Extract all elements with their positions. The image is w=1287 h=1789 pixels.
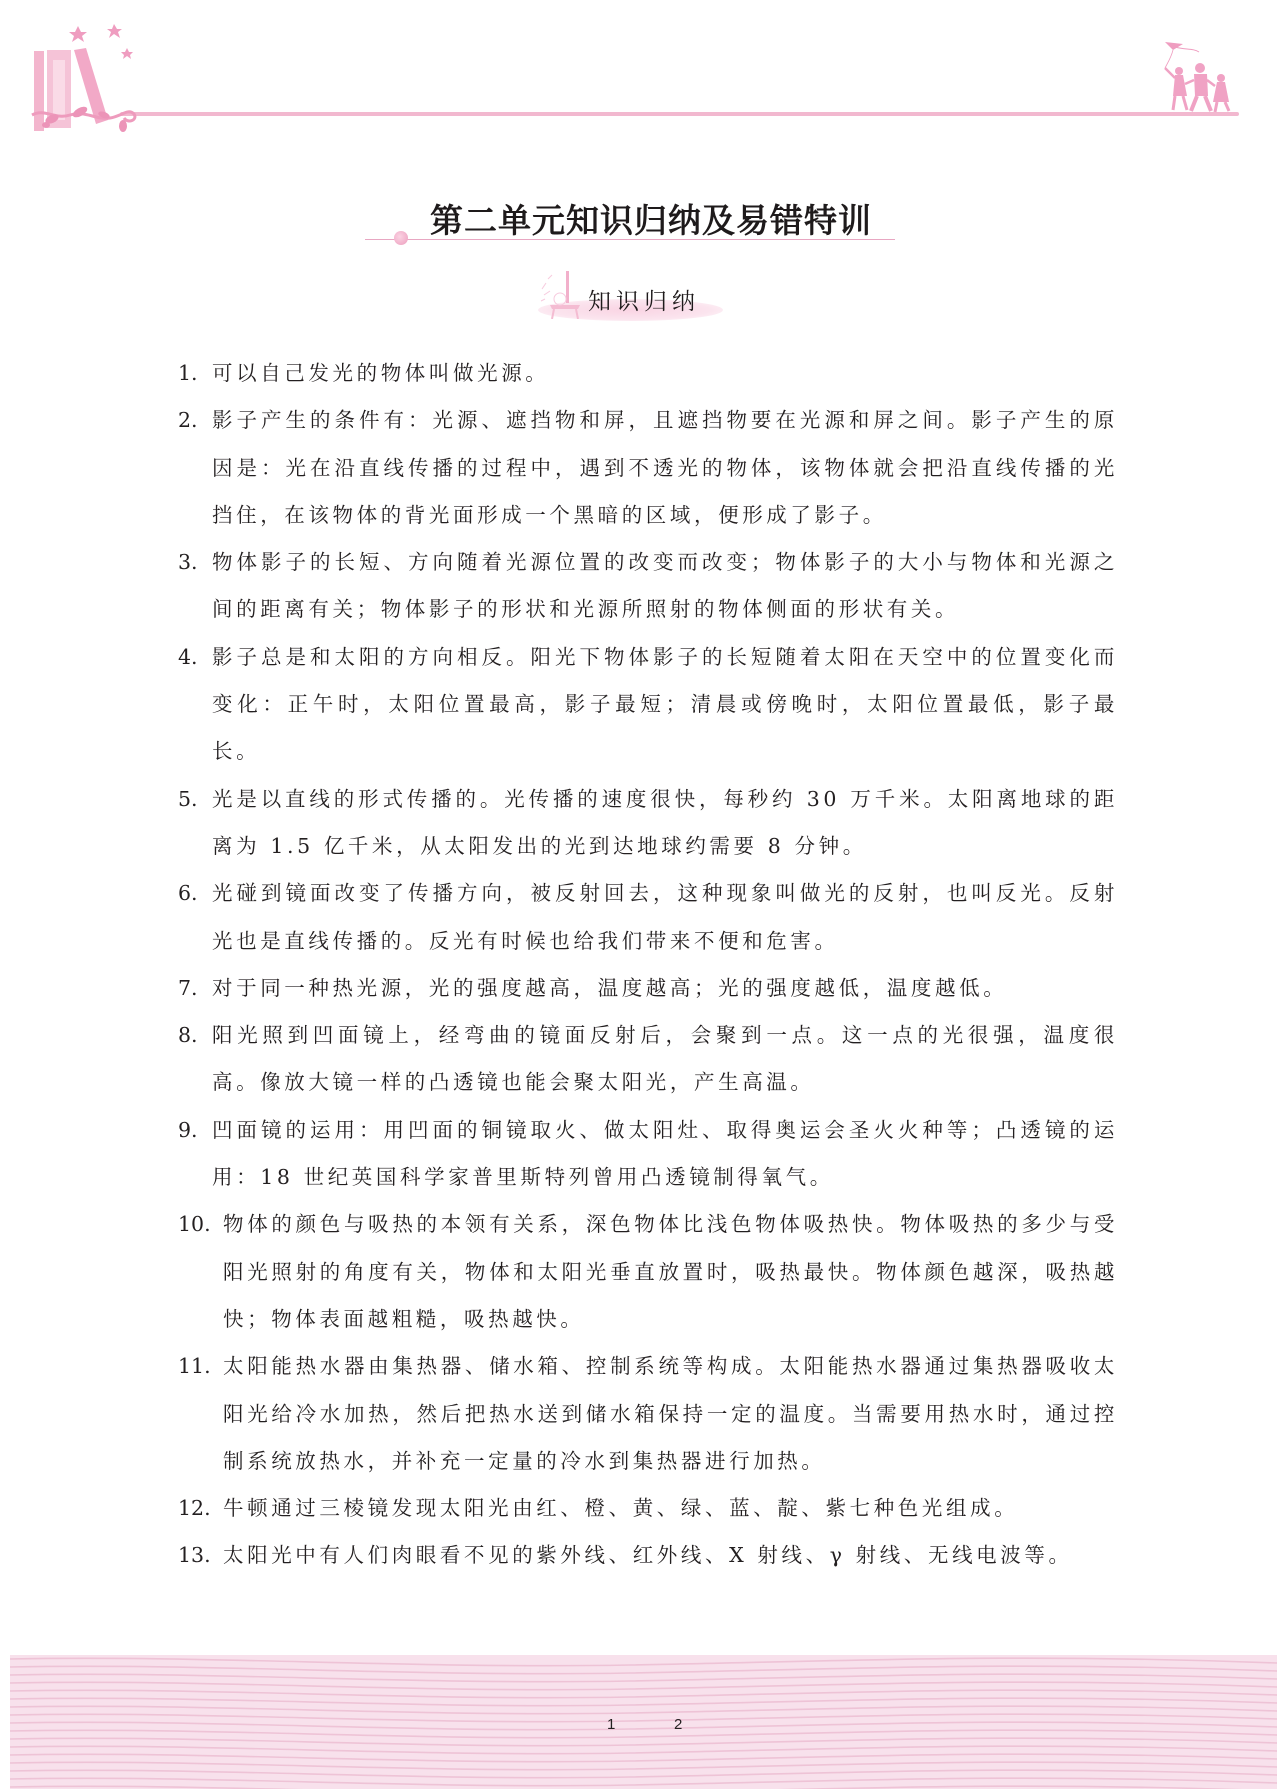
item-number: 5. [178, 776, 198, 823]
desk-lamp-illustration-icon [540, 269, 590, 319]
list-item: 10.物体的颜色与吸热的本领有关系，深色物体比浅色物体吸热快。物体吸热的多少与受… [178, 1201, 1118, 1343]
list-item: 13.太阳光中有人们肉眼看不见的紫外线、红外线、X 射线、γ 射线、无线电波等。 [178, 1532, 1118, 1579]
item-text: 影子总是和太阳的方向相反。阳光下物体影子的长短随着太阳在天空中的位置变化而变化：… [212, 634, 1118, 776]
children-kite-icon [1155, 38, 1250, 118]
list-item: 1.可以自己发光的物体叫做光源。 [178, 350, 1118, 397]
item-number: 9. [178, 1107, 198, 1154]
list-item: 2.影子产生的条件有：光源、遮挡物和屏，且遮挡物要在光源和屏之间。影子产生的原因… [178, 397, 1118, 539]
section-heading-block: 知识归纳 [528, 265, 728, 325]
item-number: 10. [178, 1201, 211, 1248]
header-rule [120, 112, 1239, 116]
list-item: 3.物体影子的长短、方向随着光源位置的改变而改变；物体影子的大小与物体和光源之间… [178, 539, 1118, 634]
item-text: 光是以直线的形式传播的。光传播的速度很快，每秒约 30 万千米。太阳离地球的距离… [212, 776, 1118, 871]
page-number-right: 2 [674, 1716, 682, 1733]
item-text: 物体的颜色与吸热的本领有关系，深色物体比浅色物体吸热快。物体吸热的多少与受阳光照… [223, 1201, 1118, 1343]
list-item: 8.阳光照到凹面镜上，经弯曲的镜面反射后，会聚到一点。这一点的光很强，温度很高。… [178, 1012, 1118, 1107]
books-stars-vine-icon [30, 20, 150, 135]
list-item: 5.光是以直线的形式传播的。光传播的速度很快，每秒约 30 万千米。太阳离地球的… [178, 776, 1118, 871]
title-bullet-dot [394, 231, 408, 245]
item-number: 3. [178, 539, 198, 586]
item-text: 对于同一种热光源，光的强度越高，温度越高；光的强度越低，温度越低。 [212, 965, 1118, 1012]
list-item: 4.影子总是和太阳的方向相反。阳光下物体影子的长短随着太阳在天空中的位置变化而变… [178, 634, 1118, 776]
title-underline [365, 239, 895, 240]
item-text: 凹面镜的运用：用凹面的铜镜取火、做太阳灶、取得奥运会圣火火种等；凸透镜的运用：1… [212, 1107, 1118, 1202]
list-item: 11.太阳能热水器由集热器、储水箱、控制系统等构成。太阳能热水器通过集热器吸收太… [178, 1343, 1118, 1485]
list-item: 9.凹面镜的运用：用凹面的铜镜取火、做太阳灶、取得奥运会圣火火种等；凸透镜的运用… [178, 1107, 1118, 1202]
knowledge-list: 1.可以自己发光的物体叫做光源。 2.影子产生的条件有：光源、遮挡物和屏，且遮挡… [178, 350, 1118, 1580]
item-text: 太阳能热水器由集热器、储水箱、控制系统等构成。太阳能热水器通过集热器吸收太阳光给… [223, 1343, 1118, 1485]
item-number: 8. [178, 1012, 198, 1059]
list-item: 12.牛顿通过三棱镜发现太阳光由红、橙、黄、绿、蓝、靛、紫七种色光组成。 [178, 1485, 1118, 1532]
section-heading: 知识归纳 [588, 283, 700, 316]
item-number: 1. [178, 350, 198, 397]
item-text: 物体影子的长短、方向随着光源位置的改变而改变；物体影子的大小与物体和光源之间的距… [212, 539, 1118, 634]
item-text: 可以自己发光的物体叫做光源。 [212, 350, 1118, 397]
item-number: 2. [178, 397, 198, 444]
page-title: 第二单元知识归纳及易错特训 [430, 195, 872, 242]
title-block: 第二单元知识归纳及易错特训 [365, 195, 895, 245]
item-number: 13. [178, 1532, 211, 1579]
item-text: 牛顿通过三棱镜发现太阳光由红、橙、黄、绿、蓝、靛、紫七种色光组成。 [223, 1485, 1118, 1532]
item-text: 光碰到镜面改变了传播方向，被反射回去，这种现象叫做光的反射，也叫反光。反射光也是… [212, 870, 1118, 965]
item-text: 阳光照到凹面镜上，经弯曲的镜面反射后，会聚到一点。这一点的光很强，温度很高。像放… [212, 1012, 1118, 1107]
list-item: 6.光碰到镜面改变了传播方向，被反射回去，这种现象叫做光的反射，也叫反光。反射光… [178, 870, 1118, 965]
item-text: 影子产生的条件有：光源、遮挡物和屏，且遮挡物要在光源和屏之间。影子产生的原因是：… [212, 397, 1118, 539]
item-number: 12. [178, 1485, 211, 1532]
footer-wave-band [10, 1655, 1277, 1789]
item-number: 11. [178, 1343, 211, 1390]
item-text: 太阳光中有人们肉眼看不见的紫外线、红外线、X 射线、γ 射线、无线电波等。 [223, 1532, 1118, 1579]
item-number: 6. [178, 870, 198, 917]
wave-pattern [10, 1655, 1277, 1789]
item-number: 7. [178, 965, 198, 1012]
page-number-left: 1 [607, 1716, 615, 1733]
item-number: 4. [178, 634, 198, 681]
list-item: 7.对于同一种热光源，光的强度越高，温度越高；光的强度越低，温度越低。 [178, 965, 1118, 1012]
